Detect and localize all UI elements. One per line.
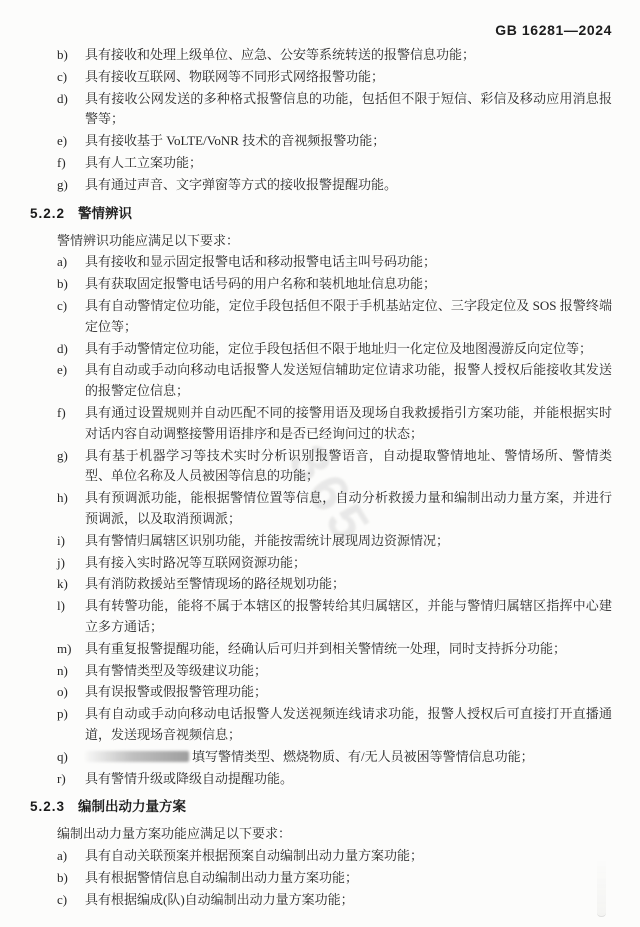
list-item-b: b)具有根据警情信息自动编制出动力量方案功能；	[57, 868, 612, 889]
redaction-blur	[85, 751, 189, 762]
list-item-p: p)具有自动或手动向移动电话报警人发送视频连线请求功能，报警人授权后可直接打开直…	[57, 704, 612, 746]
item-text: 具有自动或手动向移动电话报警人发送视频连线请求功能，报警人授权后可直接打开直播通…	[85, 704, 612, 746]
item-letter: b)	[57, 868, 85, 889]
list-item-f: f)具有通过设置规则并自动匹配不同的接警用语及现场自我救援指引方案功能，并能根据…	[57, 403, 612, 445]
item-letter: e)	[57, 131, 85, 152]
list-item-g: g)具有基于机器学习等技术实时分析识别报警语音，自动提取警情地址、警情场所、警情…	[57, 446, 612, 488]
item-letter: a)	[57, 252, 85, 273]
item-text: 具有通过声音、文字弹窗等方式的接收报警提醒功能。	[85, 175, 612, 196]
item-letter: k)	[57, 574, 85, 595]
list-item-b: b)具有接收和处理上级单位、应急、公安等系统转送的报警信息功能；	[57, 45, 612, 66]
item-text: 具有重复报警提醒功能，经确认后可归并到相关警情统一处理，同时支持拆分功能；	[85, 639, 612, 660]
item-text: 具有接收互联网、物联网等不同形式网络报警功能；	[85, 67, 612, 88]
item-text: 具有消防救援站至警情现场的路径规划功能；	[85, 574, 612, 595]
section-intro: 警情辨识功能应满足以下要求：	[57, 231, 612, 252]
item-text: 填写警情类型、燃烧物质、有/无人员被困等警情信息功能；	[85, 747, 612, 768]
item-text: 具有警情升级或降级自动提醒功能。	[85, 769, 612, 790]
item-letter: h)	[57, 488, 85, 530]
list-item-f: f)具有人工立案功能；	[57, 153, 612, 174]
item-letter: c)	[57, 890, 85, 911]
list-item-r: r)具有警情升级或降级自动提醒功能。	[57, 769, 612, 790]
item-text: 具有预调派功能，能根据警情位置等信息，自动分析救援力量和编制出动力量方案，并进行…	[85, 488, 612, 530]
standard-number: GB 16281—2024	[495, 22, 612, 38]
list-item-d: d)具有手动警情定位功能，定位手段包括但不限于地址归一化定位及地图漫游反向定位等…	[57, 339, 612, 360]
item-list: b)具有接收和处理上级单位、应急、公安等系统转送的报警信息功能；c)具有接收互联…	[30, 45, 612, 196]
list-item-d: d)具有接收公网发送的多种格式报警信息的功能，包括但不限于短信、彩信及移动应用消…	[57, 89, 612, 131]
item-text: 具有手动警情定位功能，定位手段包括但不限于地址归一化定位及地图漫游反向定位等；	[85, 339, 612, 360]
section-number: 5.2.2	[30, 204, 65, 224]
document-page: GB 16281—2024 b)具有接收和处理上级单位、应急、公安等系统转送的报…	[0, 0, 640, 927]
list-item-o: o)具有误报警或假报警管理功能；	[57, 682, 612, 703]
item-text: 具有接收公网发送的多种格式报警信息的功能，包括但不限于短信、彩信及移动应用消息报…	[85, 89, 612, 131]
list-item-m: m)具有重复报警提醒功能，经确认后可归并到相关警情统一处理，同时支持拆分功能；	[57, 639, 612, 660]
item-letter: b)	[57, 274, 85, 295]
scrollbar-artifact	[597, 858, 606, 917]
item-letter: n)	[57, 661, 85, 682]
section-title: 警情辨识	[78, 206, 132, 221]
list-item-j: j)具有接入实时路况等互联网资源功能；	[57, 553, 612, 574]
item-letter: c)	[57, 296, 85, 338]
section-heading: 5.2.2警情辨识	[30, 204, 612, 224]
item-letter: r)	[57, 769, 85, 790]
item-letter: o)	[57, 682, 85, 703]
item-text: 具有警情类型及等级建议功能；	[85, 661, 612, 682]
item-text: 具有接收和显示固定报警电话和移动报警电话主叫号码功能；	[85, 252, 612, 273]
item-letter: q)	[57, 747, 85, 768]
item-letter: d)	[57, 89, 85, 131]
item-letter: g)	[57, 446, 85, 488]
list-item-e: e)具有自动或手动向移动电话报警人发送短信辅助定位请求功能，报警人授权后能接收其…	[57, 360, 612, 402]
item-text: 具有根据编成(队)自动编制出动力量方案功能；	[85, 890, 612, 911]
item-list: a)具有自动关联预案并根据预案自动编制出动力量方案功能；b)具有根据警情信息自动…	[30, 846, 612, 910]
item-text: 具有接收基于 VoLTE/VoNR 技术的音视频报警功能；	[85, 131, 612, 152]
section-title: 编制出动力量方案	[78, 799, 186, 814]
list-item-l: l)具有转警功能，能将不属于本辖区的报警转给其归属辖区，并能与警情归属辖区指挥中…	[57, 596, 612, 638]
item-letter: l)	[57, 596, 85, 638]
item-letter: b)	[57, 45, 85, 66]
item-text: 具有警情归属辖区识别功能，并能按需统计展现周边资源情况；	[85, 531, 612, 552]
section-intro: 编制出动力量方案功能应满足以下要求：	[57, 824, 612, 845]
list-item-n: n)具有警情类型及等级建议功能；	[57, 661, 612, 682]
item-text: 具有自动警情定位功能，定位手段包括但不限于手机基站定位、三字段定位及 SOS 报…	[85, 296, 612, 338]
item-letter: p)	[57, 704, 85, 746]
item-letter: d)	[57, 339, 85, 360]
section-5.2.3: 5.2.3编制出动力量方案编制出动力量方案功能应满足以下要求：a)具有自动关联预…	[30, 797, 612, 910]
item-text: 具有自动或手动向移动电话报警人发送短信辅助定位请求功能，报警人授权后能接收其发送…	[85, 360, 612, 402]
list-item-g: g)具有通过声音、文字弹窗等方式的接收报警提醒功能。	[57, 175, 612, 196]
list-item-e: e)具有接收基于 VoLTE/VoNR 技术的音视频报警功能；	[57, 131, 612, 152]
item-letter: g)	[57, 175, 85, 196]
list-item-c: c)具有根据编成(队)自动编制出动力量方案功能；	[57, 890, 612, 911]
item-text: 具有自动关联预案并根据预案自动编制出动力量方案功能；	[85, 846, 612, 867]
list-item-h: h)具有预调派功能，能根据警情位置等信息，自动分析救援力量和编制出动力量方案，并…	[57, 488, 612, 530]
item-text: 具有人工立案功能；	[85, 153, 612, 174]
item-text: 具有接收和处理上级单位、应急、公安等系统转送的报警信息功能；	[85, 45, 612, 66]
item-text: 具有误报警或假报警管理功能；	[85, 682, 612, 703]
item-list: a)具有接收和显示固定报警电话和移动报警电话主叫号码功能；b)具有获取固定报警电…	[30, 252, 612, 789]
list-item-a: a)具有接收和显示固定报警电话和移动报警电话主叫号码功能；	[57, 252, 612, 273]
item-text: 具有获取固定报警电话号码的用户名称和装机地址信息功能；	[85, 274, 612, 295]
item-text: 具有基于机器学习等技术实时分析识别报警语音，自动提取警情地址、警情场所、警情类型…	[85, 446, 612, 488]
item-letter: m)	[57, 639, 85, 660]
list-item-b: b)具有获取固定报警电话号码的用户名称和装机地址信息功能；	[57, 274, 612, 295]
item-text: 具有通过设置规则并自动匹配不同的接警用语及现场自我救援指引方案功能，并能根据实时…	[85, 403, 612, 445]
item-letter: j)	[57, 553, 85, 574]
document-content: b)具有接收和处理上级单位、应急、公安等系统转送的报警信息功能；c)具有接收互联…	[30, 45, 612, 911]
item-letter: i)	[57, 531, 85, 552]
section-heading: 5.2.3编制出动力量方案	[30, 797, 612, 817]
item-letter: a)	[57, 846, 85, 867]
item-text: 具有接入实时路况等互联网资源功能；	[85, 553, 612, 574]
item-letter: f)	[57, 153, 85, 174]
item-letter: c)	[57, 67, 85, 88]
list-item-a: a)具有自动关联预案并根据预案自动编制出动力量方案功能；	[57, 846, 612, 867]
list-item-c: c)具有自动警情定位功能，定位手段包括但不限于手机基站定位、三字段定位及 SOS…	[57, 296, 612, 338]
list-item-c: c)具有接收互联网、物联网等不同形式网络报警功能；	[57, 67, 612, 88]
item-letter: f)	[57, 403, 85, 445]
item-text: 具有转警功能，能将不属于本辖区的报警转给其归属辖区，并能与警情归属辖区指挥中心建…	[85, 596, 612, 638]
item-letter: e)	[57, 360, 85, 402]
list-item-i: i)具有警情归属辖区识别功能，并能按需统计展现周边资源情况；	[57, 531, 612, 552]
section-list-continued: b)具有接收和处理上级单位、应急、公安等系统转送的报警信息功能；c)具有接收互联…	[30, 45, 612, 196]
list-item-k: k)具有消防救援站至警情现场的路径规划功能；	[57, 574, 612, 595]
section-number: 5.2.3	[30, 797, 65, 817]
list-item-q: q)填写警情类型、燃烧物质、有/无人员被困等警情信息功能；	[57, 747, 612, 768]
section-5.2.2: 5.2.2警情辨识警情辨识功能应满足以下要求：a)具有接收和显示固定报警电话和移…	[30, 204, 612, 790]
item-text: 具有根据警情信息自动编制出动力量方案功能；	[85, 868, 612, 889]
